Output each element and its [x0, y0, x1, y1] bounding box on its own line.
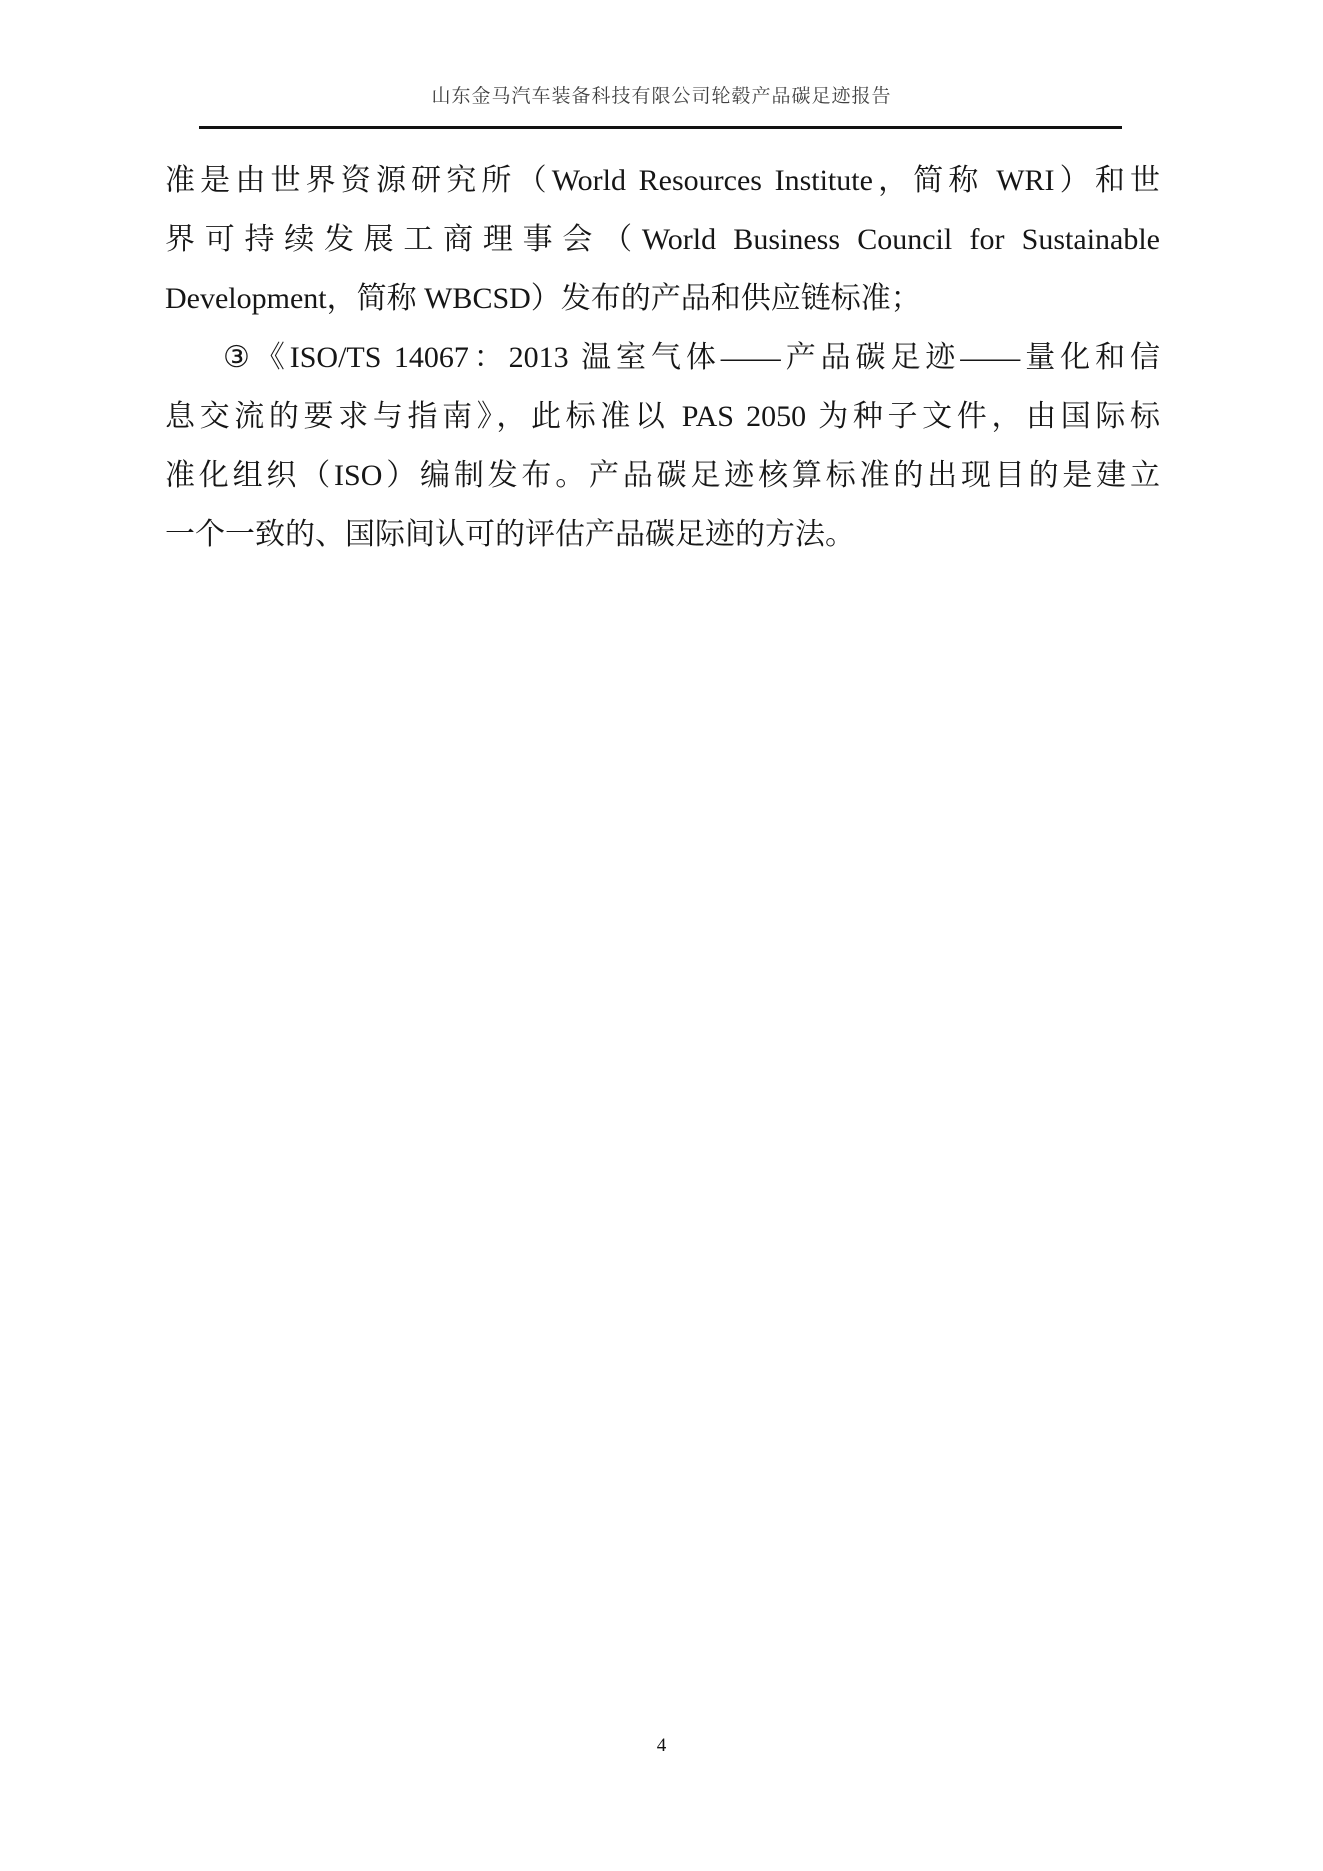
- body-line: 息交流的要求与指南》，此标准以 PAS 2050 为种子文件，由国际标: [165, 387, 1160, 446]
- header-divider-rule: [199, 126, 1122, 129]
- body-line: ③《ISO/TS 14067：2013 温室气体——产品碳足迹——量化和信: [165, 328, 1160, 387]
- page-header-title: 山东金马汽车装备科技有限公司轮毂产品碳足迹报告: [0, 84, 1323, 110]
- body-line: 准化组织（ISO）编制发布。产品碳足迹核算标准的出现目的是建立: [165, 446, 1160, 505]
- body-line: 准是由世界资源研究所（World Resources Institute，简称 …: [165, 151, 1160, 210]
- body-line: 一个一致的、国际间认可的评估产品碳足迹的方法。: [165, 505, 1160, 564]
- document-page: 山东金马汽车装备科技有限公司轮毂产品碳足迹报告 准是由世界资源研究所（World…: [0, 0, 1323, 1871]
- body-line: 界可持续发展工商理事会（World Business Council for S…: [165, 210, 1160, 269]
- body-line: Development，简称 WBCSD）发布的产品和供应链标准；: [165, 269, 1160, 328]
- page-number: 4: [0, 1733, 1323, 1759]
- body-text-block: 准是由世界资源研究所（World Resources Institute，简称 …: [165, 151, 1160, 564]
